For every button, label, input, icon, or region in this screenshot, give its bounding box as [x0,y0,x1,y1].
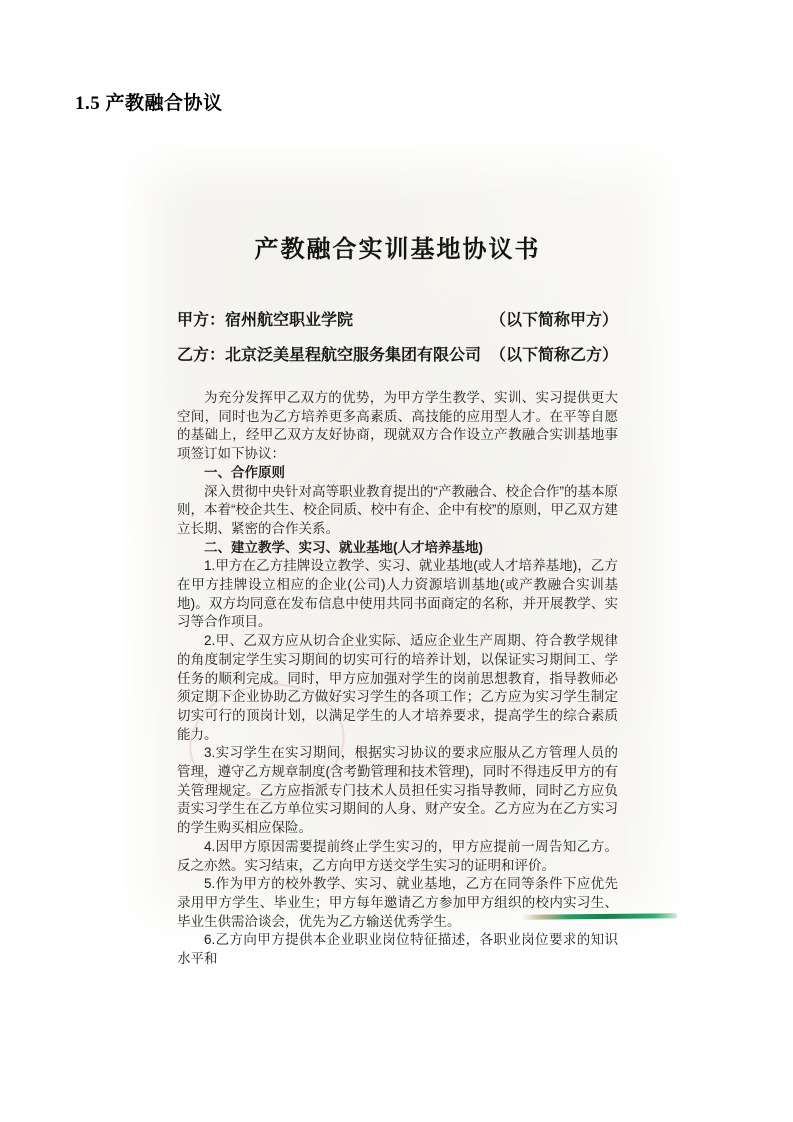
agreement-paragraph: 为充分发挥甲乙双方的优势，为甲方学生教学、实训、实习提供更大空间，同时也为乙方培… [177,389,618,464]
agreement-paragraph: 深入贯彻中央针对高等职业教育提出的“产教融合、校企合作”的基本原则，本着“校企共… [177,483,618,539]
agreement-paragraph: 6.乙方向甲方提供本企业职业岗位特征描述，各职业岗位要求的知识水平和 [177,931,618,968]
agreement-title: 产教融合实训基地协议书 [177,235,618,265]
agreement-text-column: 产教融合实训基地协议书 甲方：宿州航空职业学院 （以下简称甲方） 乙方：北京泛美… [177,235,618,969]
party-a-label: 甲方： [177,312,225,329]
section-heading: 1.5 产教融合协议 [75,88,223,115]
agreement-section-heading-2: 二、建立教学、实习、就业基地(人才培养基地) [177,539,618,558]
scanned-agreement: 产教融合实训基地协议书 甲方：宿州航空职业学院 （以下简称甲方） 乙方：北京泛美… [125,145,681,935]
document-page: 1.5 产教融合协议 产教融合实训基地协议书 甲方：宿州航空职业学院 （以下简称… [0,0,793,1122]
agreement-paragraph: 4.因甲方原因需要提前终止学生实习的，甲方应提前一周告知乙方。反之亦然。实习结束… [177,838,618,875]
party-b-label: 乙方： [177,347,225,364]
party-a-line: 甲方：宿州航空职业学院 （以下简称甲方） [177,309,618,333]
party-a-name: 甲方：宿州航空职业学院 [177,309,353,333]
agreement-section-heading-1: 一、合作原则 [177,464,618,483]
green-marker-line [522,913,677,920]
party-a-alias: （以下简称甲方） [490,309,618,333]
party-b-alias: （以下简称乙方） [490,344,618,368]
party-a-value: 宿州航空职业学院 [225,312,353,329]
party-b-line: 乙方：北京泛美星程航空服务集团有限公司 （以下简称乙方） [177,344,618,368]
agreement-body: 为充分发挥甲乙双方的优势，为甲方学生教学、实训、实习提供更大空间，同时也为乙方培… [177,389,618,969]
agreement-paragraph: 1.甲方在乙方挂牌设立教学、实习、就业基地(或人才培养基地)，乙方在甲方挂牌设立… [177,557,618,632]
party-b-value: 北京泛美星程航空服务集团有限公司 [225,347,481,364]
party-b-name: 乙方：北京泛美星程航空服务集团有限公司 [177,344,481,368]
agreement-paragraph: 5.作为甲方的校外教学、实习、就业基地，乙方在同等条件下应优先录用甲方学生、毕业… [177,875,618,931]
